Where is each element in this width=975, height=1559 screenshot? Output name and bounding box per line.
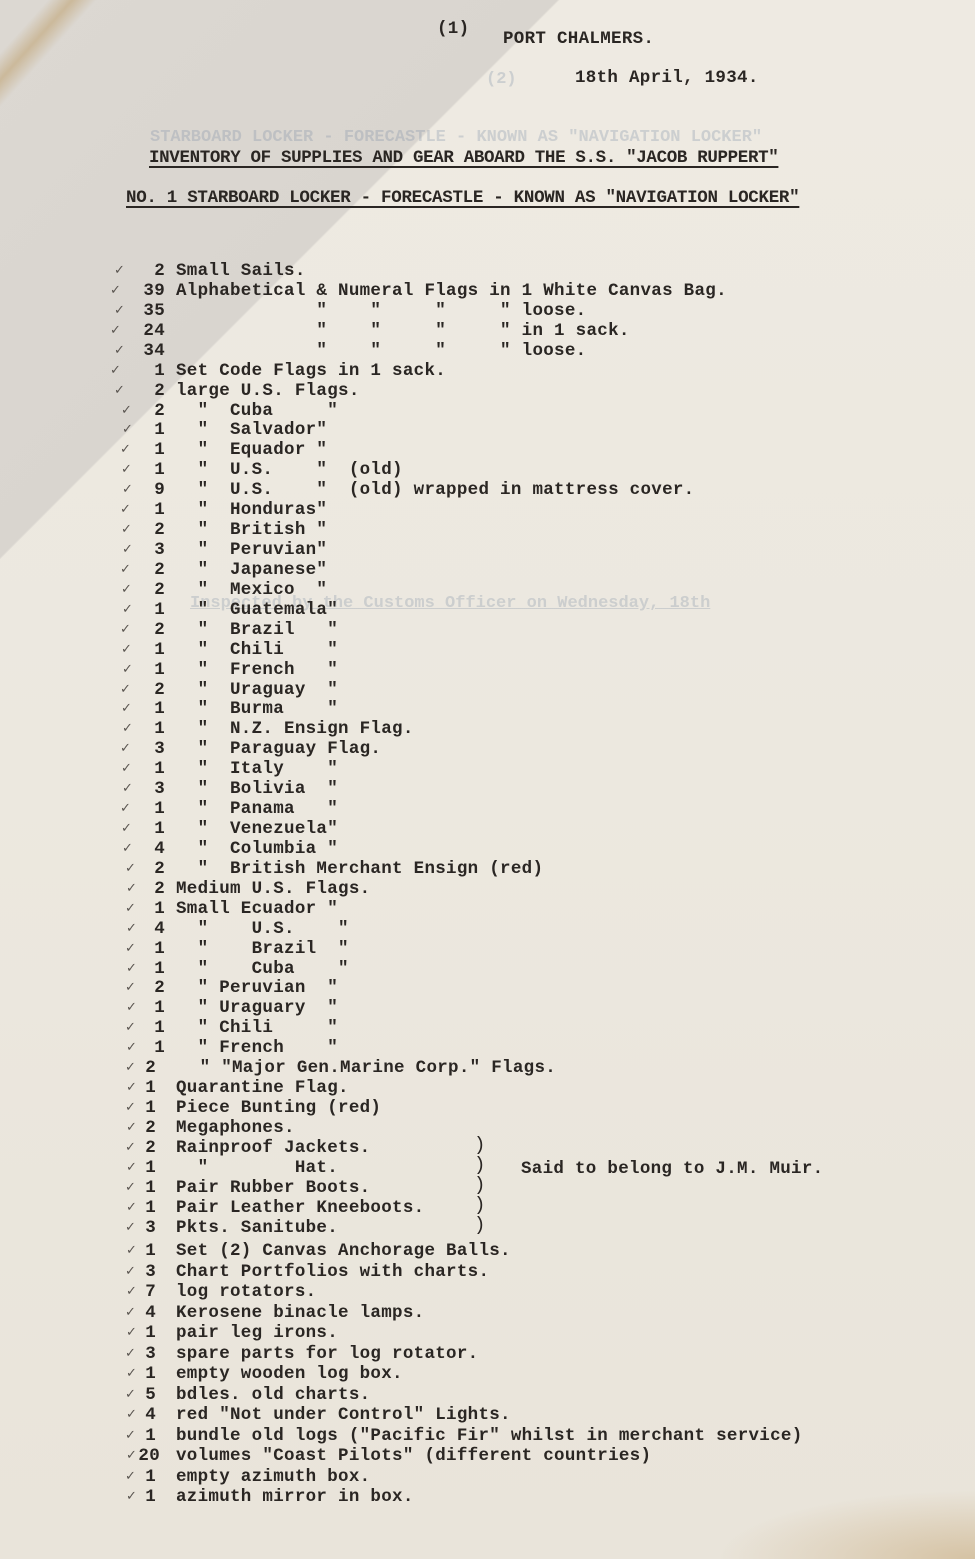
inventory-item: ✓4Kerosene binacle lamps.: [0, 1303, 975, 1323]
inventory-item: ✓2 " "Major Gen.Marine Corp." Flags.: [0, 1058, 975, 1078]
item-quantity: 1: [117, 500, 165, 520]
item-description: log rotators.: [176, 1282, 316, 1302]
inventory-item: ✓1Pair Leather Kneeboots.: [0, 1198, 975, 1218]
inventory-item: ✓1 " Uraguary ": [0, 998, 975, 1018]
inventory-item: ✓2Megaphones.: [0, 1118, 975, 1138]
item-description: " Hat.: [176, 1158, 338, 1178]
item-quantity: 1: [117, 759, 165, 779]
item-description: pair leg irons.: [176, 1323, 338, 1343]
item-description: bundle old logs ("Pacific Fir" whilst in…: [176, 1426, 803, 1446]
item-quantity: 1: [117, 640, 165, 660]
item-description: " Cuba ": [176, 959, 349, 979]
inventory-item: ✓1empty wooden log box.: [0, 1364, 975, 1384]
inventory-item: ✓4red "Not under Control" Lights.: [0, 1405, 975, 1425]
item-description: " Brazil ": [176, 620, 338, 640]
item-description: bdles. old charts.: [176, 1385, 370, 1405]
item-description: Piece Bunting (red): [176, 1098, 381, 1118]
item-quantity: 1: [117, 440, 165, 460]
item-description: " Peruvian": [176, 540, 327, 560]
inventory-item: ✓2 " Uraguay ": [0, 680, 975, 700]
item-description: Pair Rubber Boots.: [176, 1178, 370, 1198]
inventory-item: ✓9 " U.S. " (old) wrapped in mattress co…: [0, 480, 975, 500]
item-quantity: 7: [108, 1282, 156, 1302]
item-quantity: 1: [117, 600, 165, 620]
item-description: " Japanese": [176, 560, 327, 580]
item-description: " "Major Gen.Marine Corp." Flags.: [178, 1058, 556, 1078]
document-title: INVENTORY OF SUPPLIES AND GEAR ABOARD TH…: [149, 148, 778, 168]
brace: ): [474, 1135, 486, 1155]
item-description: " Brazil ": [176, 939, 349, 959]
item-description: " Guatemala": [176, 600, 338, 620]
inventory-item: ✓1 " Brazil ": [0, 939, 975, 959]
item-description: " French ": [176, 1038, 338, 1058]
inventory-item: ✓1 " Chili ": [0, 1018, 975, 1038]
item-quantity: 9: [117, 480, 165, 500]
inventory-item: ✓24 " " " " in 1 sack.: [0, 321, 975, 341]
item-description: " Chili ": [176, 1018, 338, 1038]
item-description: Kerosene binacle lamps.: [176, 1303, 424, 1323]
inventory-item: ✓3 " Peruvian": [0, 540, 975, 560]
item-description: " Peruvian ": [176, 978, 338, 998]
inventory-item: ✓1Quarantine Flag.: [0, 1078, 975, 1098]
item-quantity: 1: [117, 719, 165, 739]
item-quantity: 2: [117, 620, 165, 640]
item-quantity: 1: [117, 361, 165, 381]
item-description: " Venezuela": [176, 819, 338, 839]
item-quantity: 24: [117, 321, 165, 341]
inventory-item: ✓1 " Guatemala": [0, 600, 975, 620]
item-quantity: 2: [117, 401, 165, 421]
inventory-item: ✓7log rotators.: [0, 1282, 975, 1302]
inventory-item: ✓1pair leg irons.: [0, 1323, 975, 1343]
item-quantity: 4: [117, 839, 165, 859]
item-description: Medium U.S. Flags.: [176, 879, 370, 899]
item-quantity: 2: [117, 859, 165, 879]
inventory-item: ✓1 " Panama ": [0, 799, 975, 819]
inventory-item: ✓2 " Brazil ": [0, 620, 975, 640]
item-quantity: 1: [117, 460, 165, 480]
inventory-item: ✓34 " " " " loose.: [0, 341, 975, 361]
item-quantity: 1: [117, 660, 165, 680]
item-description: " Cuba ": [176, 401, 338, 421]
inventory-item: ✓1Pair Rubber Boots.: [0, 1178, 975, 1198]
item-description: " Honduras": [176, 500, 327, 520]
inventory-item: ✓3Pkts. Sanitube.: [0, 1218, 975, 1238]
item-description: " Italy ": [176, 759, 338, 779]
inventory-item: ✓2Rainproof Jackets.: [0, 1138, 975, 1158]
ghost-page-number: (2): [486, 70, 517, 89]
place-heading: PORT CHALMERS.: [503, 29, 654, 49]
item-description: " Mexico ": [176, 580, 327, 600]
item-quantity: 2: [108, 1138, 156, 1158]
item-quantity: 2: [117, 560, 165, 580]
inventory-item: ✓3 " Bolivia ": [0, 779, 975, 799]
inventory-item: ✓4 " U.S. ": [0, 919, 975, 939]
inventory-item: ✓2Small Sails.: [0, 261, 975, 281]
item-quantity: 3: [108, 1262, 156, 1282]
inventory-item: ✓1Small Ecuador ": [0, 899, 975, 919]
brace: ): [474, 1175, 486, 1195]
inventory-item: ✓2 " Mexico ": [0, 580, 975, 600]
item-quantity: 4: [117, 919, 165, 939]
inventory-item: ✓1bundle old logs ("Pacific Fir" whilst …: [0, 1426, 975, 1446]
item-quantity: 1: [117, 699, 165, 719]
item-description: spare parts for log rotator.: [176, 1344, 478, 1364]
item-quantity: 1: [108, 1158, 156, 1178]
ownership-note: Said to belong to J.M. Muir.: [521, 1159, 823, 1179]
item-description: " Salvador": [176, 420, 327, 440]
date-heading: 18th April, 1934.: [575, 68, 759, 88]
item-description: empty wooden log box.: [176, 1364, 403, 1384]
inventory-item: ✓1 " Burma ": [0, 699, 975, 719]
item-quantity: 3: [108, 1218, 156, 1238]
inventory-item: ✓2 " Cuba ": [0, 401, 975, 421]
item-quantity: 1: [108, 1323, 156, 1343]
inventory-item: ✓1Piece Bunting (red): [0, 1098, 975, 1118]
item-description: " Uraguay ": [176, 680, 338, 700]
brace: ): [474, 1155, 486, 1175]
item-quantity: 1: [117, 1038, 165, 1058]
inventory-item: ✓1 " Hat.: [0, 1158, 975, 1178]
item-quantity: 3: [117, 540, 165, 560]
item-description: Pair Leather Kneeboots.: [176, 1198, 424, 1218]
inventory-item: ✓2Medium U.S. Flags.: [0, 879, 975, 899]
item-description: " Bolivia ": [176, 779, 338, 799]
inventory-item: ✓1Set Code Flags in 1 sack.: [0, 361, 975, 381]
item-quantity: 2: [108, 1118, 156, 1138]
inventory-item: ✓3spare parts for log rotator.: [0, 1344, 975, 1364]
item-quantity: 1: [108, 1241, 156, 1261]
item-description: " U.S. " (old) wrapped in mattress cover…: [176, 480, 694, 500]
inventory-item: ✓2 " British Merchant Ensign (red): [0, 859, 975, 879]
item-quantity: 2: [117, 879, 165, 899]
item-quantity: 1: [117, 998, 165, 1018]
item-quantity: 20: [112, 1446, 160, 1466]
item-quantity: 4: [108, 1405, 156, 1425]
item-description: azimuth mirror in box.: [176, 1487, 414, 1507]
item-quantity: 1: [108, 1098, 156, 1118]
item-quantity: 1: [117, 939, 165, 959]
item-quantity: 2: [117, 978, 165, 998]
item-description: " Panama ": [176, 799, 338, 819]
inventory-item: ✓1empty azimuth box.: [0, 1467, 975, 1487]
item-description: " Paraguay Flag.: [176, 739, 381, 759]
item-description: Small Ecuador ": [176, 899, 338, 919]
item-quantity: 1: [108, 1487, 156, 1507]
ghost-heading: STARBOARD LOCKER - FORECASTLE - KNOWN AS…: [150, 128, 762, 147]
brace: ): [474, 1215, 486, 1235]
inventory-item: ✓1 " Honduras": [0, 500, 975, 520]
item-quantity: 39: [117, 281, 165, 301]
inventory-item: ✓1Set (2) Canvas Anchorage Balls.: [0, 1241, 975, 1261]
item-quantity: 1: [108, 1364, 156, 1384]
page-number: (1): [437, 19, 469, 39]
item-quantity: 2: [117, 680, 165, 700]
item-description: " Burma ": [176, 699, 338, 719]
item-description: " " " " in 1 sack.: [176, 321, 630, 341]
item-description: volumes "Coast Pilots" (different countr…: [176, 1446, 651, 1466]
item-quantity: 3: [117, 779, 165, 799]
item-quantity: 1: [117, 899, 165, 919]
inventory-item: ✓1 " Venezuela": [0, 819, 975, 839]
item-description: " U.S. " (old): [176, 460, 403, 480]
item-description: " Chili ": [176, 640, 338, 660]
inventory-item: ✓1 " French ": [0, 660, 975, 680]
inventory-item: ✓2 " British ": [0, 520, 975, 540]
inventory-item: ✓1 " U.S. " (old): [0, 460, 975, 480]
item-quantity: 2: [117, 520, 165, 540]
item-description: Alphabetical & Numeral Flags in 1 White …: [176, 281, 727, 301]
item-quantity: 3: [117, 739, 165, 759]
item-quantity: 5: [108, 1385, 156, 1405]
item-description: " " " " loose.: [176, 341, 586, 361]
inventory-item: ✓4 " Columbia ": [0, 839, 975, 859]
item-description: Quarantine Flag.: [176, 1078, 349, 1098]
inventory-item: ✓3Chart Portfolios with charts.: [0, 1262, 975, 1282]
inventory-item: ✓1 " Cuba ": [0, 959, 975, 979]
item-quantity: 1: [117, 799, 165, 819]
inventory-item: ✓1 " Salvador": [0, 420, 975, 440]
item-description: Rainproof Jackets.: [176, 1138, 370, 1158]
item-description: " U.S. ": [176, 919, 349, 939]
item-description: " French ": [176, 660, 338, 680]
inventory-item: ✓1 " Italy ": [0, 759, 975, 779]
inventory-item: ✓3 " Paraguay Flag.: [0, 739, 975, 759]
item-description: " Equador ": [176, 440, 327, 460]
item-quantity: 1: [117, 420, 165, 440]
inventory-item: ✓2large U.S. Flags.: [0, 381, 975, 401]
inventory-item: ✓5bdles. old charts.: [0, 1385, 975, 1405]
item-description: red "Not under Control" Lights.: [176, 1405, 511, 1425]
inventory-item: ✓1 " Chili ": [0, 640, 975, 660]
item-quantity: 1: [108, 1078, 156, 1098]
item-description: large U.S. Flags.: [176, 381, 360, 401]
item-description: " Columbia ": [176, 839, 338, 859]
inventory-item: ✓1 " French ": [0, 1038, 975, 1058]
item-quantity: 34: [117, 341, 165, 361]
item-quantity: 4: [108, 1303, 156, 1323]
document-subtitle: NO. 1 STARBOARD LOCKER - FORECASTLE - KN…: [126, 188, 799, 208]
inventory-item: ✓35 " " " " loose.: [0, 301, 975, 321]
item-quantity: 35: [117, 301, 165, 321]
item-description: Megaphones.: [176, 1118, 295, 1138]
item-quantity: 1: [108, 1426, 156, 1446]
item-description: Chart Portfolios with charts.: [176, 1262, 489, 1282]
item-quantity: 3: [108, 1344, 156, 1364]
item-description: Pkts. Sanitube.: [176, 1218, 338, 1238]
inventory-item: ✓1 " Equador ": [0, 440, 975, 460]
item-quantity: 2: [117, 261, 165, 281]
item-description: Set Code Flags in 1 sack.: [176, 361, 446, 381]
item-description: " " " " loose.: [176, 301, 586, 321]
item-description: Small Sails.: [176, 261, 306, 281]
inventory-item: ✓1azimuth mirror in box.: [0, 1487, 975, 1507]
inventory-item: ✓39Alphabetical & Numeral Flags in 1 Whi…: [0, 281, 975, 301]
item-quantity: 1: [117, 819, 165, 839]
inventory-item: ✓1 " N.Z. Ensign Flag.: [0, 719, 975, 739]
item-quantity: 2: [108, 1058, 156, 1078]
item-description: empty azimuth box.: [176, 1467, 370, 1487]
item-quantity: 1: [108, 1178, 156, 1198]
inventory-item: ✓20volumes "Coast Pilots" (different cou…: [0, 1446, 975, 1466]
item-description: " British ": [176, 520, 327, 540]
item-description: Set (2) Canvas Anchorage Balls.: [176, 1241, 511, 1261]
item-quantity: 2: [117, 381, 165, 401]
brace: ): [474, 1195, 486, 1215]
inventory-item: ✓2 " Peruvian ": [0, 978, 975, 998]
item-quantity: 1: [108, 1467, 156, 1487]
item-description: " N.Z. Ensign Flag.: [176, 719, 414, 739]
item-description: " Uraguary ": [176, 998, 338, 1018]
item-quantity: 1: [117, 959, 165, 979]
item-quantity: 1: [117, 1018, 165, 1038]
item-quantity: 1: [108, 1198, 156, 1218]
item-quantity: 2: [117, 580, 165, 600]
inventory-item: ✓2 " Japanese": [0, 560, 975, 580]
item-description: " British Merchant Ensign (red): [176, 859, 543, 879]
